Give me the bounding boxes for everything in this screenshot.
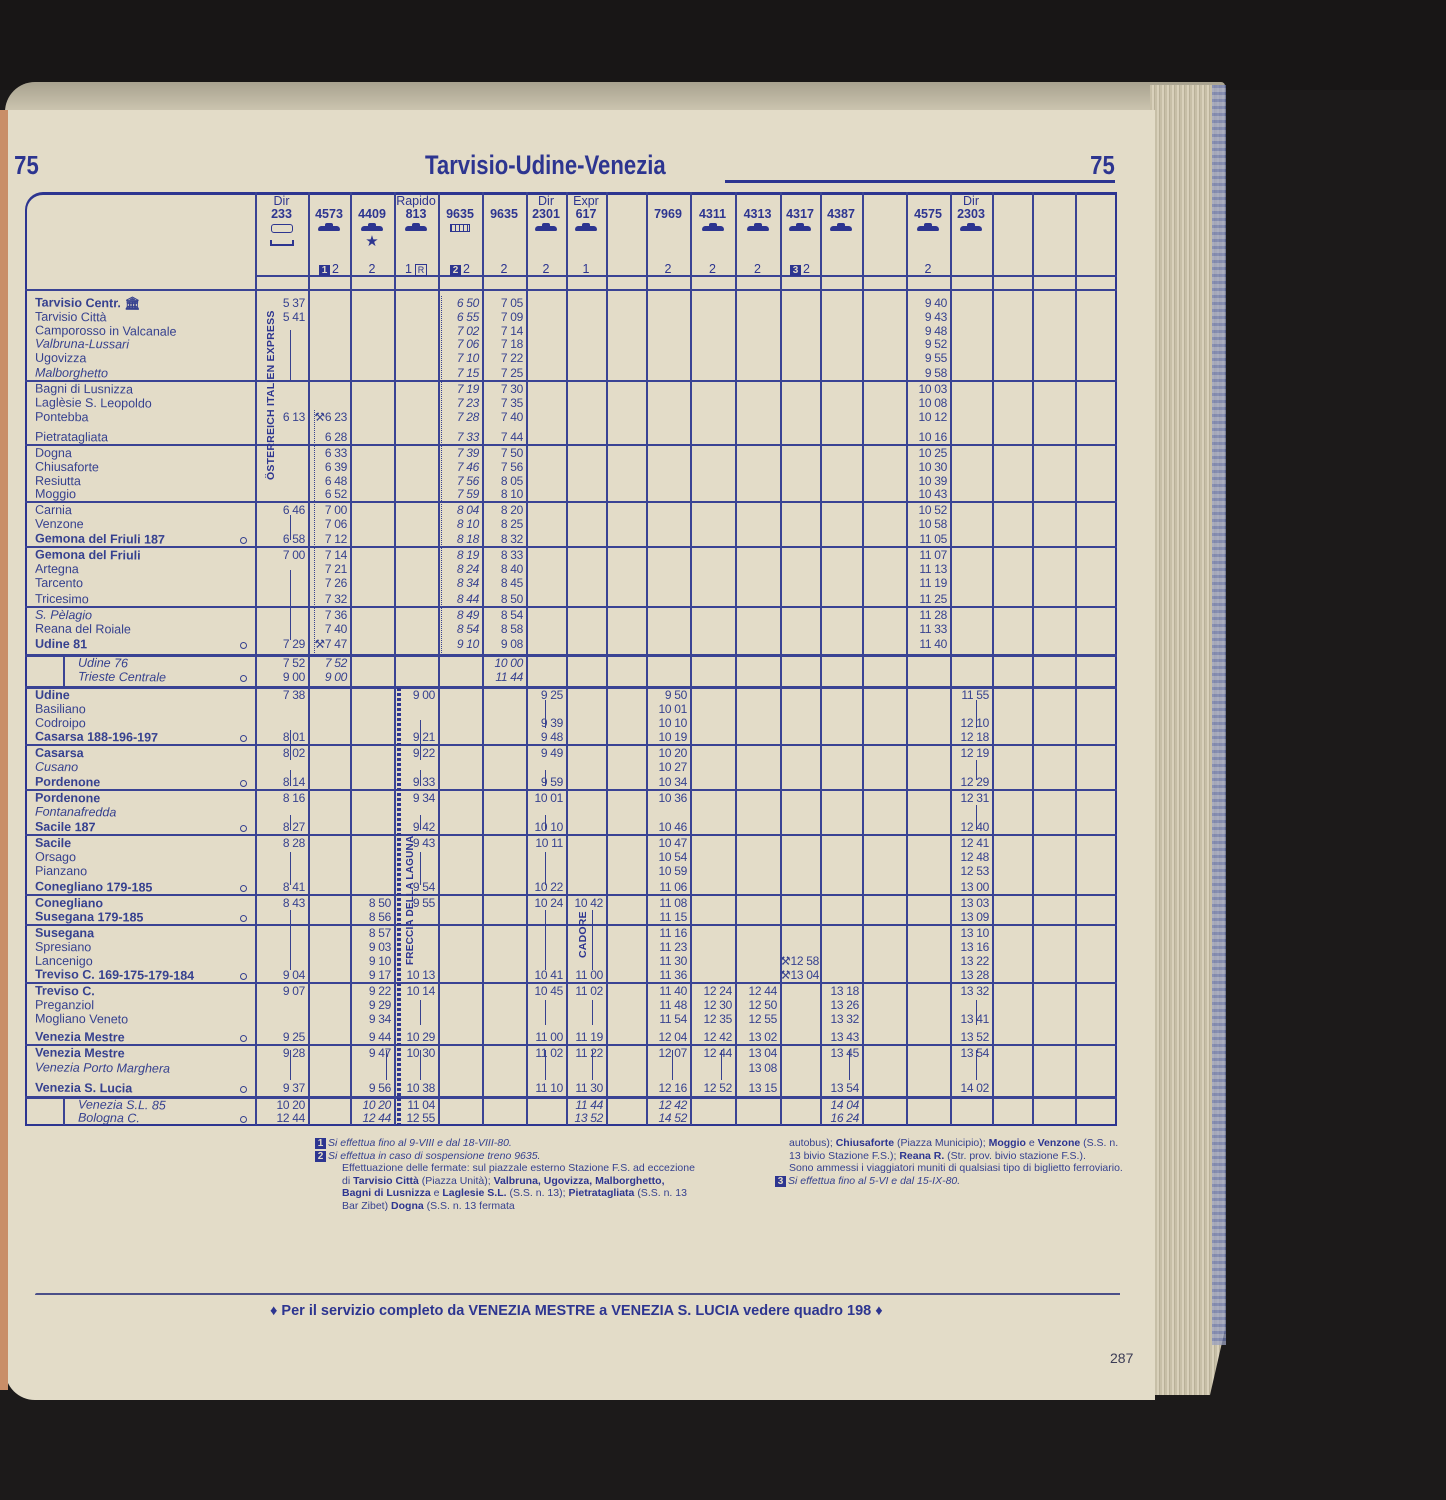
train-icon — [780, 221, 820, 234]
time-cell: 11 19 — [906, 577, 947, 591]
time-cell: 10 11 — [526, 837, 563, 851]
time-cell: 9 49 — [526, 747, 563, 761]
table-number-left: 75 — [14, 150, 39, 181]
bus-icon — [438, 221, 482, 235]
time-cell: 13 41 — [950, 1013, 989, 1027]
note-badge-3: 3 — [790, 265, 801, 276]
time-cell: 9 04 — [255, 969, 305, 983]
time-cell: 8 45 — [482, 577, 523, 591]
footnotes-left: 1Si effettua fino al 9-VIII e dal 18-VII… — [315, 1137, 695, 1212]
travel-class: 1 — [566, 262, 606, 276]
time-cell: 8 54 — [482, 609, 523, 623]
time-cell: 9 17 — [350, 969, 391, 983]
train-number: 2301 — [526, 208, 566, 221]
station-name: Chiusaforte — [35, 460, 99, 474]
time-cell: 13 04 — [735, 1047, 777, 1061]
train-icon — [690, 221, 735, 234]
cross-reference-note: ♦ Per il servizio completo da VENEZIA ME… — [270, 1303, 883, 1319]
train-number: 4313 — [735, 208, 780, 221]
time-cell: 9 10 — [350, 955, 391, 969]
group-divider — [25, 444, 1117, 446]
time-cell: 7 14 — [482, 325, 523, 339]
station-name: Pordenone — [35, 776, 100, 790]
travel-class: 2 — [526, 262, 566, 276]
station-name: Casarsa 188-196-197 — [35, 730, 158, 745]
train-header-813: Rapido813 — [394, 195, 438, 234]
group-divider — [25, 924, 1117, 926]
column-divider — [606, 192, 608, 1125]
note-badge-2: 2 — [315, 1151, 326, 1162]
time-cell: 9 03 — [350, 941, 391, 955]
train-header-4313: 4313 — [735, 195, 780, 234]
station-name: Venezia Mestre — [35, 1031, 125, 1046]
time-cell: 7 29 — [255, 638, 305, 652]
group-divider — [25, 982, 1117, 984]
time-cell: 8 41 — [255, 881, 305, 895]
time-cell: 8 14 — [255, 776, 305, 790]
time-cell: 10 24 — [526, 897, 563, 911]
train-number: 9635 — [482, 208, 526, 221]
passes-without-stop — [545, 815, 546, 830]
time-cell: 12 52 — [690, 1082, 732, 1096]
time-cell: 8 20 — [482, 504, 523, 518]
time-cell: 10 08 — [906, 397, 947, 411]
passes-without-stop — [420, 720, 421, 760]
station-name: Trieste Centrale — [78, 671, 166, 686]
time-cell: 11 19 — [566, 1031, 603, 1045]
time-cell: 8 58 — [482, 623, 523, 637]
footnote-tickets: Sono ammessi i viaggiatori muniti di qua… — [775, 1162, 1130, 1175]
time-cell: 9 25 — [255, 1031, 305, 1045]
connection-circle-icon — [240, 537, 247, 544]
time-cell: 11 36 — [646, 969, 687, 983]
station-name: Moggio — [35, 488, 76, 502]
train-number: 4409 — [350, 208, 394, 221]
train-header-empty — [606, 195, 646, 208]
connection-circle-icon — [240, 885, 247, 892]
time-cell: 16 24 — [820, 1112, 859, 1126]
time-cell: 11 44 — [482, 671, 523, 685]
group-divider — [25, 380, 1117, 382]
time-cell: 9 40 — [906, 297, 947, 311]
passes-without-stop — [290, 515, 291, 540]
time-cell: 7 38 — [255, 689, 305, 703]
time-cell: 6 13 — [255, 411, 305, 425]
station-name: Susegana — [35, 927, 94, 941]
time-cell: 9 50 — [646, 689, 687, 703]
time-cell: 14 02 — [950, 1082, 989, 1096]
train-icon — [735, 221, 780, 234]
train-header-4317: 4317 — [780, 195, 820, 234]
train-number: 4573 — [308, 208, 350, 221]
passes-without-stop — [976, 1050, 977, 1080]
time-cell: 13 02 — [735, 1031, 777, 1045]
time-cell: 7 22 — [482, 352, 523, 366]
passes-without-stop — [545, 770, 546, 786]
time-cell: 8 33 — [482, 549, 523, 563]
time-cell: 9 29 — [350, 999, 391, 1013]
time-cell: 9 22 — [350, 985, 391, 999]
time-cell: 11 10 — [526, 1082, 563, 1096]
travel-class: 2 — [906, 262, 950, 276]
star-icon: ★ — [350, 235, 394, 248]
column-divider — [1032, 192, 1034, 1125]
station-name: Fontanafredda — [35, 806, 116, 820]
time-cell: 9 08 — [482, 638, 523, 652]
passes-without-stop — [545, 1000, 546, 1025]
time-cell: 10 52 — [906, 504, 947, 518]
connection-circle-icon — [240, 1116, 247, 1123]
train-header-4311: 4311 — [690, 195, 735, 234]
station-name: Malborghetto — [35, 367, 108, 381]
group-divider — [25, 894, 1117, 896]
group-divider — [25, 654, 1117, 657]
couchette-icon — [255, 221, 308, 236]
station-name: Dogna — [35, 447, 72, 461]
station-name: Pianzano — [35, 865, 87, 879]
time-cell: 8 32 — [482, 533, 523, 547]
passes-without-stop — [290, 730, 291, 760]
passes-without-stop — [290, 852, 291, 885]
station-name: Venezia Porto Marghera — [35, 1061, 170, 1076]
page-title: Tarvisio-Udine-Venezia — [425, 150, 666, 181]
time-cell: 9 55 — [906, 352, 947, 366]
time-cell: 12 44 — [350, 1112, 391, 1126]
time-cell: 10 41 — [526, 969, 563, 983]
station-name: Venezia Mestre — [35, 1047, 125, 1062]
station-name: Casarsa — [35, 747, 84, 761]
time-cell: 9 52 — [906, 338, 947, 352]
time-cell: 12 40 — [950, 821, 989, 835]
travel-class: 1R — [394, 262, 438, 276]
time-cell: 5 37 — [255, 297, 305, 311]
time-cell: 11 02 — [566, 985, 603, 999]
time-cell: 11 23 — [646, 941, 687, 955]
time-cell: 10 54 — [646, 851, 687, 865]
connection-circle-icon — [240, 915, 247, 922]
time-cell: 13 09 — [950, 911, 989, 925]
time-cell: 12 30 — [690, 999, 732, 1013]
time-cell: 13 15 — [735, 1082, 777, 1096]
time-cell: 9 48 — [906, 325, 947, 339]
station-name: Pontebba — [35, 411, 89, 425]
passes-without-stop — [976, 760, 977, 780]
time-cell: 12 24 — [690, 985, 732, 999]
time-cell: 9 37 — [255, 1082, 305, 1096]
group-divider — [25, 834, 1117, 836]
time-cell: 8 56 — [350, 911, 391, 925]
time-cell: 7 44 — [482, 431, 523, 445]
footer-rule — [35, 1293, 1120, 1295]
column-divider — [862, 192, 864, 1125]
header-bottom — [25, 289, 1117, 291]
travel-class: 2 — [646, 262, 690, 276]
train-header-2301: Dir2301 — [526, 195, 566, 234]
station-name: Udine — [35, 689, 70, 703]
train-icon — [820, 221, 862, 234]
time-cell: 11 05 — [906, 533, 947, 547]
time-cell: 12 18 — [950, 731, 989, 745]
time-cell: 11 28 — [906, 609, 947, 623]
column-divider — [992, 192, 994, 1125]
page-edge-blue-marks — [1212, 85, 1226, 1345]
passes-without-stop — [672, 1050, 673, 1080]
train-number: 813 — [394, 208, 438, 221]
travel-class: 2 — [350, 262, 394, 276]
passes-without-stop — [976, 700, 977, 728]
train-number: 4317 — [780, 208, 820, 221]
time-cell: 12 19 — [950, 747, 989, 761]
travel-class: 2 — [690, 262, 735, 276]
time-cell: 11 15 — [646, 911, 687, 925]
time-cell: 12 10 — [950, 717, 989, 731]
time-cell: 10 00 — [482, 657, 523, 671]
time-cell: 7 40 — [482, 411, 523, 425]
group-divider — [25, 501, 1117, 503]
train-number: 233 — [255, 208, 308, 221]
time-cell: 11 48 — [646, 999, 687, 1013]
time-cell: 7 50 — [482, 447, 523, 461]
sleeper-icon — [255, 236, 308, 249]
train-header-4575: 4575 — [906, 195, 950, 234]
time-cell: 11 13 — [906, 563, 947, 577]
time-cell: 9 47 — [350, 1047, 391, 1061]
station-name: Cusano — [35, 761, 78, 775]
connection-circle-icon — [240, 735, 247, 742]
train-number: 9635 — [438, 208, 482, 221]
travel-class: 2 — [735, 262, 780, 276]
passes-without-stop — [290, 815, 291, 830]
time-cell: 10 27 — [646, 761, 687, 775]
time-cell: 12 53 — [950, 865, 989, 879]
time-cell: 9 00 — [308, 671, 347, 685]
train-header-9635: 9635 — [438, 195, 482, 235]
time-cell: 12 55 — [735, 1013, 777, 1027]
passes-without-stop — [290, 330, 291, 380]
group-divider — [25, 546, 1117, 548]
time-cell: 7 25 — [482, 367, 523, 381]
passes-without-stop — [721, 1050, 722, 1080]
time-cell: 12 50 — [735, 999, 777, 1013]
time-cell: 13 54 — [820, 1082, 859, 1096]
time-cell: 11 30 — [646, 955, 687, 969]
train-header-empty — [862, 195, 906, 208]
footnote-1: 1Si effettua fino al 9-VIII e dal 18-VII… — [315, 1137, 695, 1150]
time-cell: 12 16 — [646, 1082, 687, 1096]
travel-class: 2 — [482, 262, 526, 276]
train-header-617: Expr617 — [566, 195, 606, 234]
time-cell: 11 22 — [566, 1047, 603, 1061]
time-cell: 8 50 — [482, 593, 523, 607]
background-top — [0, 0, 1446, 90]
station-name: Ugovizza — [35, 352, 87, 366]
time-cell: 13 45 — [820, 1047, 859, 1061]
time-cell: 7 30 — [482, 383, 523, 397]
travel-class: 22 — [438, 262, 482, 276]
time-cell: 8 25 — [482, 518, 523, 532]
time-cell: 8 27 — [255, 821, 305, 835]
time-cell: 10 34 — [646, 776, 687, 790]
time-cell: 11 30 — [566, 1082, 603, 1096]
time-cell: 10 03 — [906, 383, 947, 397]
time-cell: 10 19 — [646, 731, 687, 745]
time-cell: 13 28 — [950, 969, 989, 983]
train-icon — [308, 221, 350, 234]
connection-circle-icon — [240, 1035, 247, 1042]
time-cell: 13 10 — [950, 927, 989, 941]
station-name: Susegana 179-185 — [35, 910, 144, 925]
connection-circle-icon — [240, 825, 247, 832]
train-number: 4387 — [820, 208, 862, 221]
note-badge-1: 1 — [319, 265, 330, 276]
time-cell: 9 28 — [255, 1047, 305, 1061]
passes-without-stop — [545, 910, 546, 970]
time-cell: 9 43 — [906, 311, 947, 325]
time-cell: 12 44 — [735, 985, 777, 999]
train-header-2303: Dir2303 — [950, 195, 992, 234]
time-cell: 8 28 — [255, 837, 305, 851]
travel-class: 12 — [308, 262, 350, 276]
header-rule — [725, 180, 1115, 183]
alt-service-line — [441, 296, 445, 653]
station-name: Tarcento — [35, 577, 83, 591]
travel-class: 32 — [780, 262, 820, 276]
time-cell: 11 40 — [646, 985, 687, 999]
train-header-4409: 4409★ — [350, 195, 394, 248]
time-cell: 12 48 — [950, 851, 989, 865]
time-cell: 7 18 — [482, 338, 523, 352]
time-cell: 10 25 — [906, 447, 947, 461]
passes-without-stop — [545, 1050, 546, 1080]
time-cell: 12 44 — [255, 1112, 305, 1126]
footnote-3: 3Si effettua fino al 5-VI e dal 15-IX-80… — [775, 1175, 1130, 1188]
page-number: 287 — [1110, 1350, 1133, 1366]
time-cell: 13 52 — [566, 1112, 603, 1126]
passes-without-stop — [420, 770, 421, 786]
time-cell: 14 52 — [646, 1112, 687, 1126]
time-cell: 7 00 — [255, 549, 305, 563]
train-header-empty — [1032, 195, 1075, 208]
station-name: Sacile — [35, 837, 71, 851]
rapido-dotted-line — [397, 688, 401, 1125]
footnotes-right: autobus); Chiusaforte (Piazza Municipio)… — [775, 1137, 1130, 1187]
group-divider — [25, 744, 1117, 746]
time-cell: 13 16 — [950, 941, 989, 955]
time-cell: 10 12 — [906, 411, 947, 425]
station-name: Venzone — [35, 518, 84, 532]
train-number: 4575 — [906, 208, 950, 221]
passes-without-stop — [420, 815, 421, 830]
station-name: Venezia S. Lucia — [35, 1081, 132, 1096]
station-name: Sacile 187 — [35, 821, 96, 835]
connection-circle-icon — [240, 642, 247, 649]
time-cell: 13 00 — [950, 881, 989, 895]
passes-without-stop — [420, 852, 421, 885]
passes-without-stop — [849, 1050, 850, 1080]
passes-without-stop — [420, 1050, 421, 1080]
time-cell: 9 07 — [255, 985, 305, 999]
footnote-stops-cont: autobus); Chiusaforte (Piazza Municipio)… — [775, 1137, 1130, 1162]
time-cell: 11 54 — [646, 1013, 687, 1027]
train-number: 7969 — [646, 208, 690, 221]
time-cell: 9 58 — [906, 367, 947, 381]
passes-without-stop — [592, 1050, 593, 1080]
group-divider — [25, 1044, 1117, 1046]
train-icon — [526, 221, 566, 234]
station-name: Treviso C. — [35, 985, 95, 999]
time-cell: 13 26 — [820, 999, 859, 1013]
time-cell: 8 40 — [482, 563, 523, 577]
time-cell: 8 10 — [482, 488, 523, 502]
time-cell: 13 54 — [950, 1047, 989, 1061]
passes-without-stop — [290, 910, 291, 970]
time-cell: 10 36 — [646, 792, 687, 806]
time-cell: 10 47 — [646, 837, 687, 851]
time-cell: 11 25 — [906, 593, 947, 607]
station-name: Udine 81 — [35, 638, 87, 652]
station-name: Bologna C. — [78, 1112, 140, 1126]
alt-service-line — [314, 410, 318, 653]
station-name: Pietratagliata — [35, 431, 108, 445]
time-cell: 7 56 — [482, 461, 523, 475]
note-badge-1: 1 — [315, 1138, 326, 1149]
time-cell: 8 02 — [255, 747, 305, 761]
note-badge-3: 3 — [775, 1176, 786, 1187]
time-cell: 11 40 — [906, 638, 947, 652]
group-divider — [25, 789, 1117, 791]
connection-circle-icon — [240, 1086, 247, 1093]
connection-circle-icon — [240, 780, 247, 787]
time-cell: 10 43 — [906, 488, 947, 502]
time-cell: 11 08 — [646, 897, 687, 911]
passes-without-stop — [290, 770, 291, 786]
time-cell: 10 30 — [906, 461, 947, 475]
train-name-233: ÖSTERREICH ITALIEN EXPRESS — [266, 330, 277, 480]
time-cell: 13 08 — [735, 1062, 777, 1076]
station-name: Mogliano Veneto — [35, 1013, 128, 1028]
time-cell: 8 50 — [350, 897, 391, 911]
train-name-813: FRECCIA DELLA LAGUNA — [405, 905, 435, 965]
note-badge-2: 2 — [450, 265, 461, 276]
footnote-stops: Effettuazione delle fermate: sul piazzal… — [315, 1162, 695, 1212]
train-header-empty — [1075, 195, 1117, 208]
time-cell: 10 16 — [906, 431, 947, 445]
train-icon — [566, 221, 606, 234]
station-name: Conegliano 179-185 — [35, 880, 153, 895]
column-divider — [780, 192, 782, 1125]
time-cell: 10 10 — [646, 717, 687, 731]
train-number: 4311 — [690, 208, 735, 221]
time-cell: 10 01 — [646, 703, 687, 717]
time-cell: 12 44 — [690, 1047, 732, 1061]
time-cell: 13 22 — [950, 955, 989, 969]
passes-without-stop — [545, 700, 546, 728]
time-cell: 8 01 — [255, 731, 305, 745]
connection-indent — [63, 1098, 65, 1125]
time-cell: 10 01 — [526, 792, 563, 806]
time-cell: 7 05 — [482, 297, 523, 311]
time-cell: 13 03 — [950, 897, 989, 911]
time-cell: 12 35 — [690, 1013, 732, 1027]
train-icon — [950, 221, 992, 234]
passes-without-stop — [290, 1050, 291, 1080]
time-cell: 13 32 — [950, 985, 989, 999]
reservation-icon: R — [415, 264, 427, 276]
time-cell: 7 35 — [482, 397, 523, 411]
train-name-617: CADORE — [578, 918, 589, 958]
time-cell: 11 07 — [906, 549, 947, 563]
passes-without-stop — [976, 805, 977, 830]
